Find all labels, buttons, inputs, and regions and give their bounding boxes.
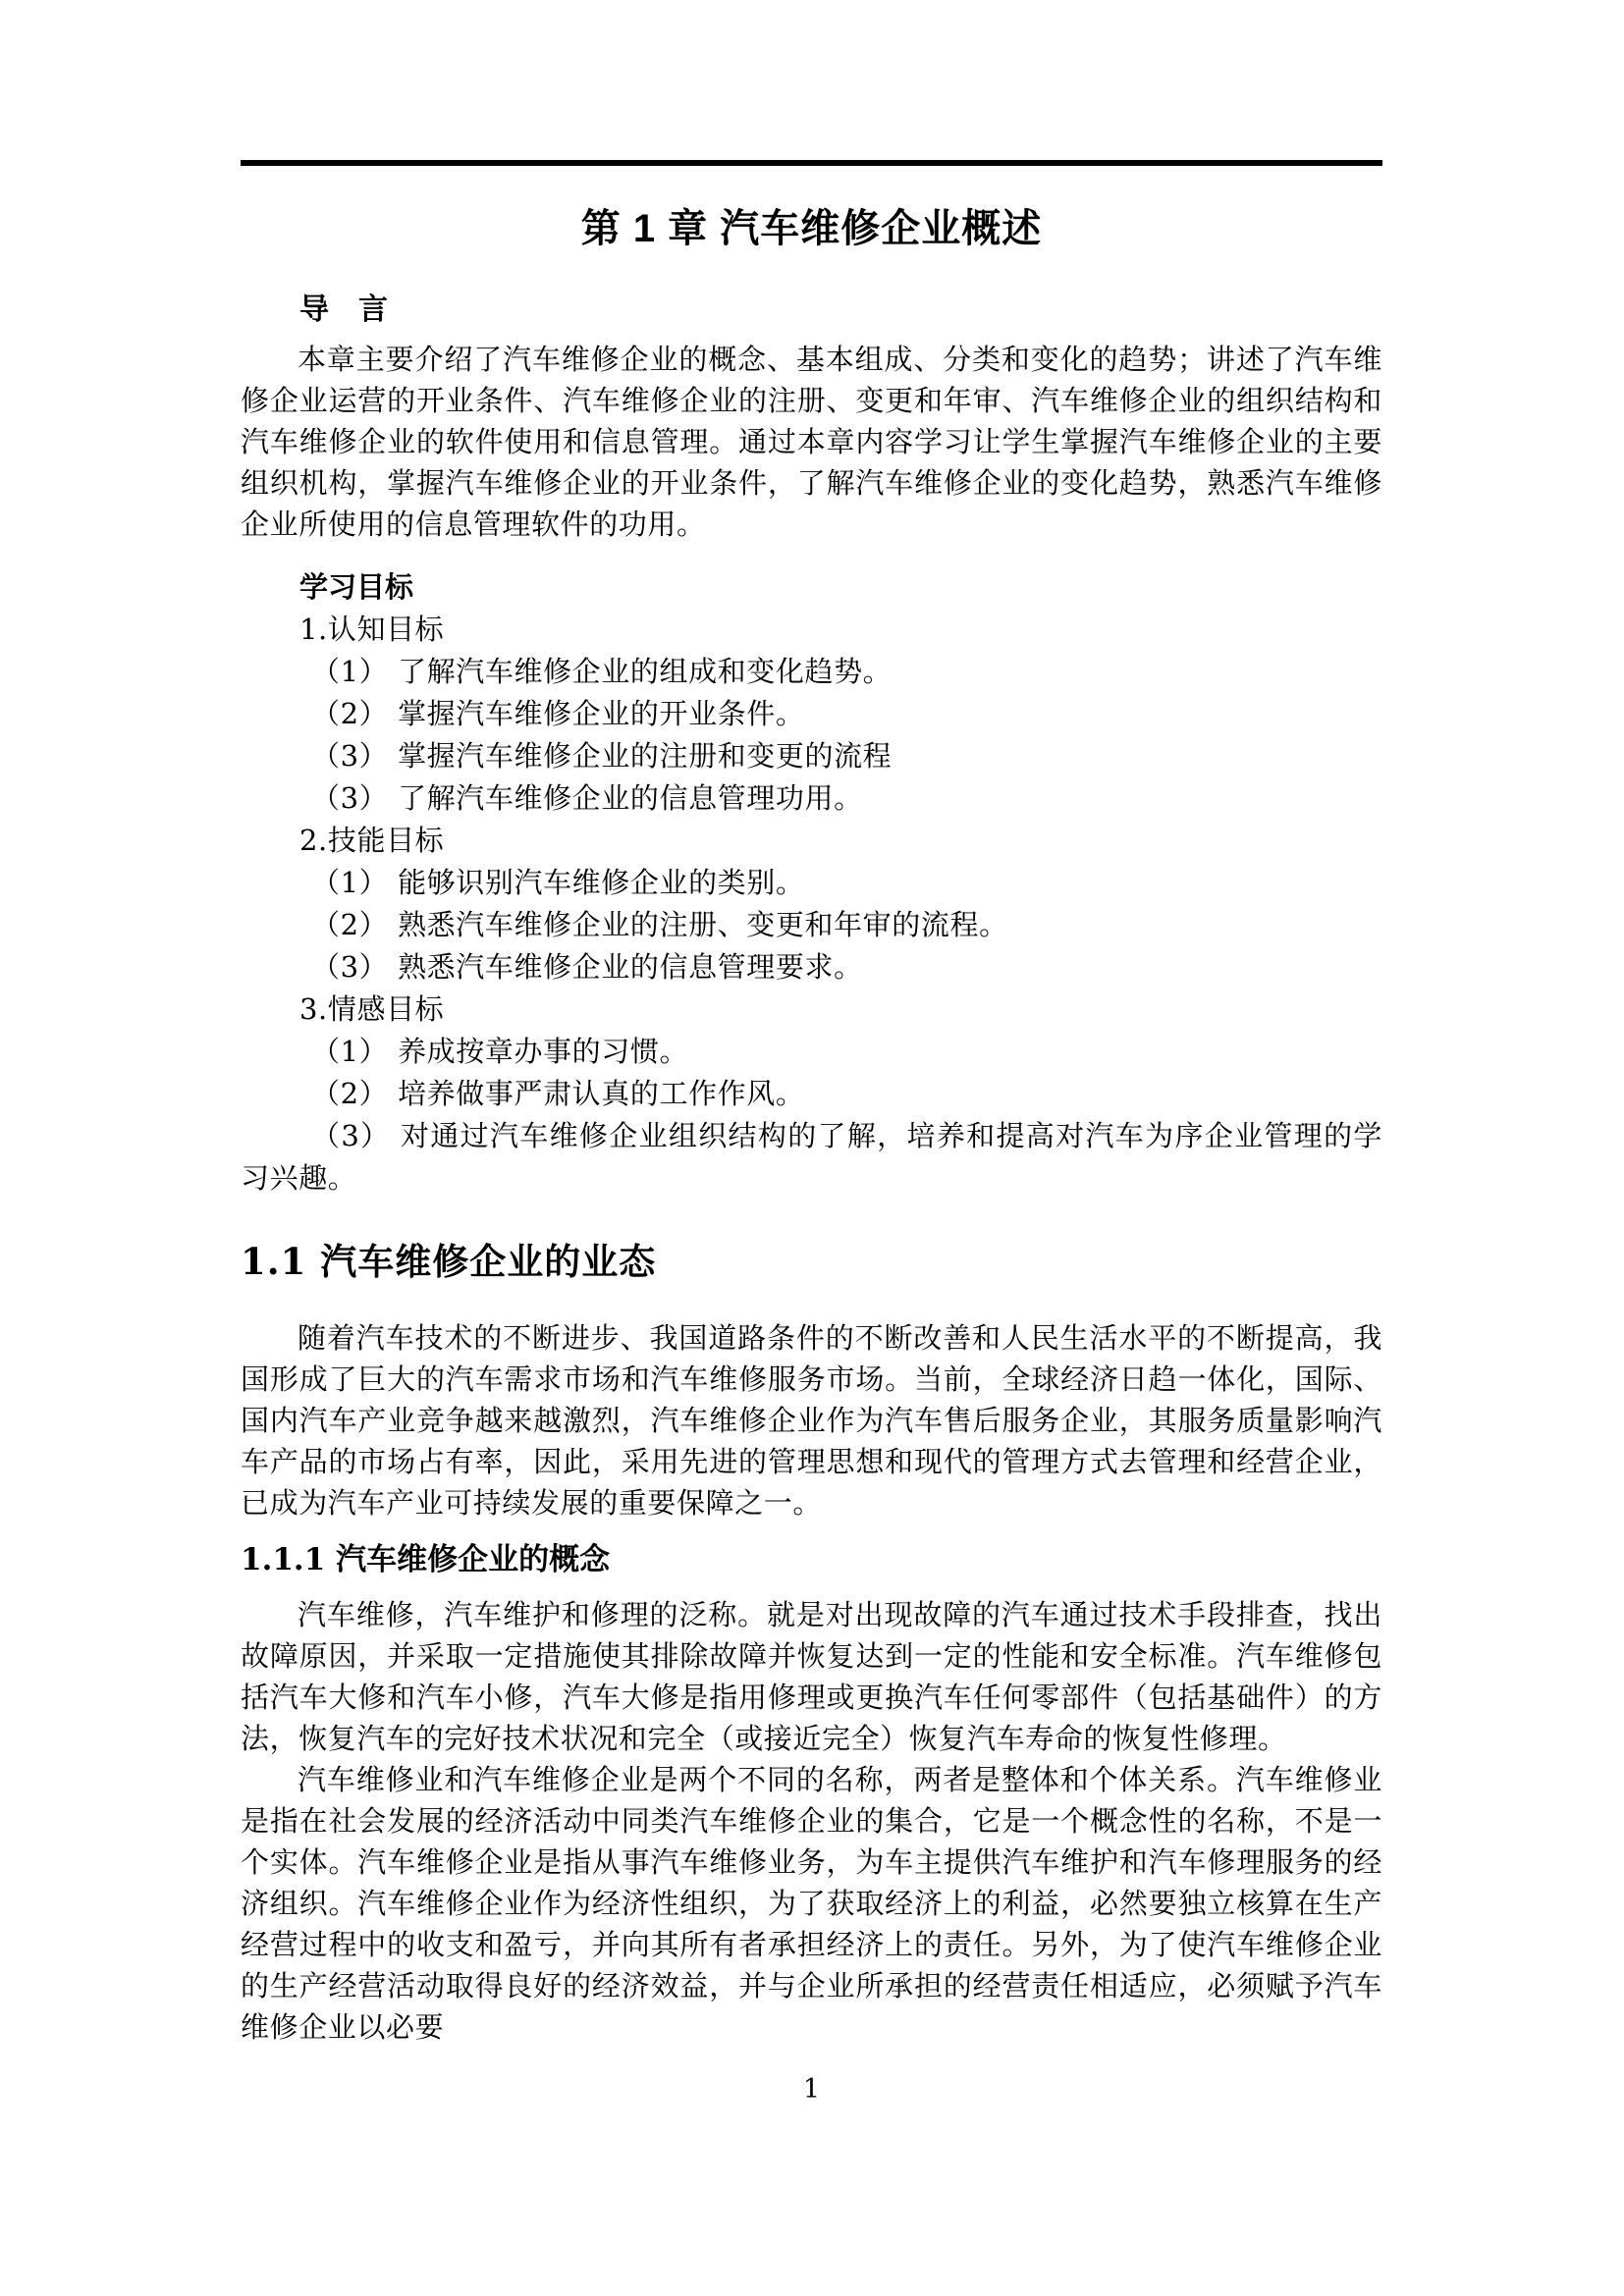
objective-subhead: 2.技能目标 — [241, 820, 1382, 862]
objective-item: （1） 了解汽车维修企业的组成和变化趋势。 — [241, 651, 1382, 693]
subsection-paragraph: 汽车维修业和汽车维修企业是两个不同的名称，两者是整体和个体关系。汽车维修业是指在… — [241, 1759, 1382, 2048]
section-heading: 1.1 汽车维修企业的业态 — [241, 1239, 1382, 1284]
objective-subhead: 3.情感目标 — [241, 988, 1382, 1031]
objective-item: （2） 培养做事严肃认真的工作作风。 — [241, 1073, 1382, 1115]
subsection-paragraph: 汽车维修，汽车维护和修理的泛称。就是对出现故障的汽车通过技术手段排查，找出故障原… — [241, 1594, 1382, 1759]
subsection-heading: 1.1.1 汽车维修企业的概念 — [241, 1539, 1382, 1580]
intro-paragraph: 本章主要介绍了汽车维修企业的概念、基本组成、分类和变化的趋势；讲述了汽车维修企业… — [241, 339, 1382, 545]
objectives-heading: 学习目标 — [241, 566, 1382, 609]
document-page: 第 1 章 汽车维修企业概述 导 言 本章主要介绍了汽车维修企业的概念、基本组成… — [0, 0, 1624, 2296]
objective-item: （3） 对通过汽车维修企业组织结构的了解，培养和提高对汽车为序企业管理的学习兴趣… — [241, 1115, 1382, 1200]
page-number: 1 — [241, 2073, 1382, 2107]
intro-heading: 导 言 — [241, 290, 1382, 331]
objective-subhead: 1.认知目标 — [241, 609, 1382, 651]
chapter-title: 第 1 章 汽车维修企业概述 — [241, 205, 1382, 252]
objective-item: （3） 了解汽车维修企业的信息管理功用。 — [241, 777, 1382, 820]
objective-item: （1） 能够识别汽车维修企业的类别。 — [241, 862, 1382, 904]
chapter-top-rule — [241, 160, 1382, 166]
objective-item: （1） 养成按章办事的习惯。 — [241, 1031, 1382, 1073]
objective-item: （2） 熟悉汽车维修企业的注册、变更和年审的流程。 — [241, 904, 1382, 946]
objective-item: （3） 掌握汽车维修企业的注册和变更的流程 — [241, 735, 1382, 777]
section-paragraph: 随着汽车技术的不断进步、我国道路条件的不断改善和人民生活水平的不断提高，我国形成… — [241, 1317, 1382, 1523]
objective-item: （3） 熟悉汽车维修企业的信息管理要求。 — [241, 946, 1382, 988]
objective-item: （2） 掌握汽车维修企业的开业条件。 — [241, 693, 1382, 735]
